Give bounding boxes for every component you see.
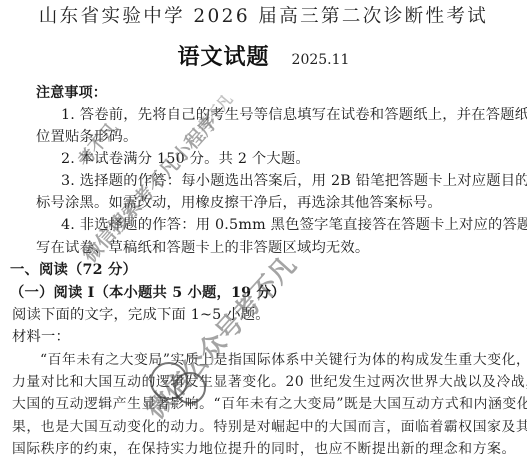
subject-heading: 语文试题2025.11	[0, 40, 527, 71]
paragraph-line-3: 大国的互动逻辑产生显著影响。“百年未有之大变局”既是大国互动方式和内涵变化的结	[12, 395, 527, 413]
exam-page: 山东省实验中学 2026 届高三第二次诊断性考试 语文试题2025.11 注意事…	[0, 0, 527, 460]
exam-title: 山东省实验中学 2026 届高三第二次诊断性考试	[0, 2, 527, 28]
notice-line-3-cont: 标号涂黑。如需改动，用橡皮擦干净后，再选涂其他答案标号。	[36, 194, 442, 212]
subject-title: 语文试题	[178, 44, 270, 70]
notice-heading: 注意事项：	[36, 84, 107, 102]
section-subheading: （一）阅读 I（本小题共 5 小题，19 分）	[10, 284, 286, 302]
notice-line-2: 2. 本试卷满分 150 分。共 2 个大题。	[61, 150, 310, 168]
paragraph-line-4: 果，也是大国互动变化的动力。特别是对崛起中的大国而言，面临着霸权国家及其主导的	[12, 418, 527, 436]
notice-line-1: 1. 答卷前，先将自己的考生号等信息填写在试卷和答题纸上，并在答题纸规定	[61, 106, 527, 124]
paragraph-line-5: 国际秩序的约束，在保持实力地位提升的同时，也应不断提出新的理念和方案。	[12, 440, 516, 458]
exam-date: 2025.11	[292, 52, 350, 68]
paragraph-line-1: “百年未有之大变局”实质上是指国际体系中关键行为体的构成发生重大变化，大国	[40, 351, 527, 369]
notice-line-4-cont: 写在试卷、草稿纸和答题卡上的非答题区域均无效。	[36, 239, 369, 257]
circle-mark-icon	[174, 372, 206, 404]
section-instruction: 阅读下面的文字，完成下面 1~5 小题。	[12, 306, 270, 324]
section-heading: 一、阅读（72 分）	[10, 261, 137, 279]
notice-line-3: 3. 选择题的作答：每小题选出答案后，用 2B 铅笔把答题卡上对应题目的答案	[61, 172, 527, 190]
notice-line-4: 4. 非选择题的作答：用 0.5mm 黑色签字笔直接答在答题卡上对应的答题区域内…	[61, 216, 527, 234]
material-label: 材料一：	[12, 328, 70, 346]
notice-line-1-cont: 位置贴条形码。	[36, 128, 137, 146]
paragraph-line-2: 力量对比和大国互动的逻辑发生显著变化。20 世纪发生过两次世界大战以及冷战，均对	[12, 373, 527, 391]
